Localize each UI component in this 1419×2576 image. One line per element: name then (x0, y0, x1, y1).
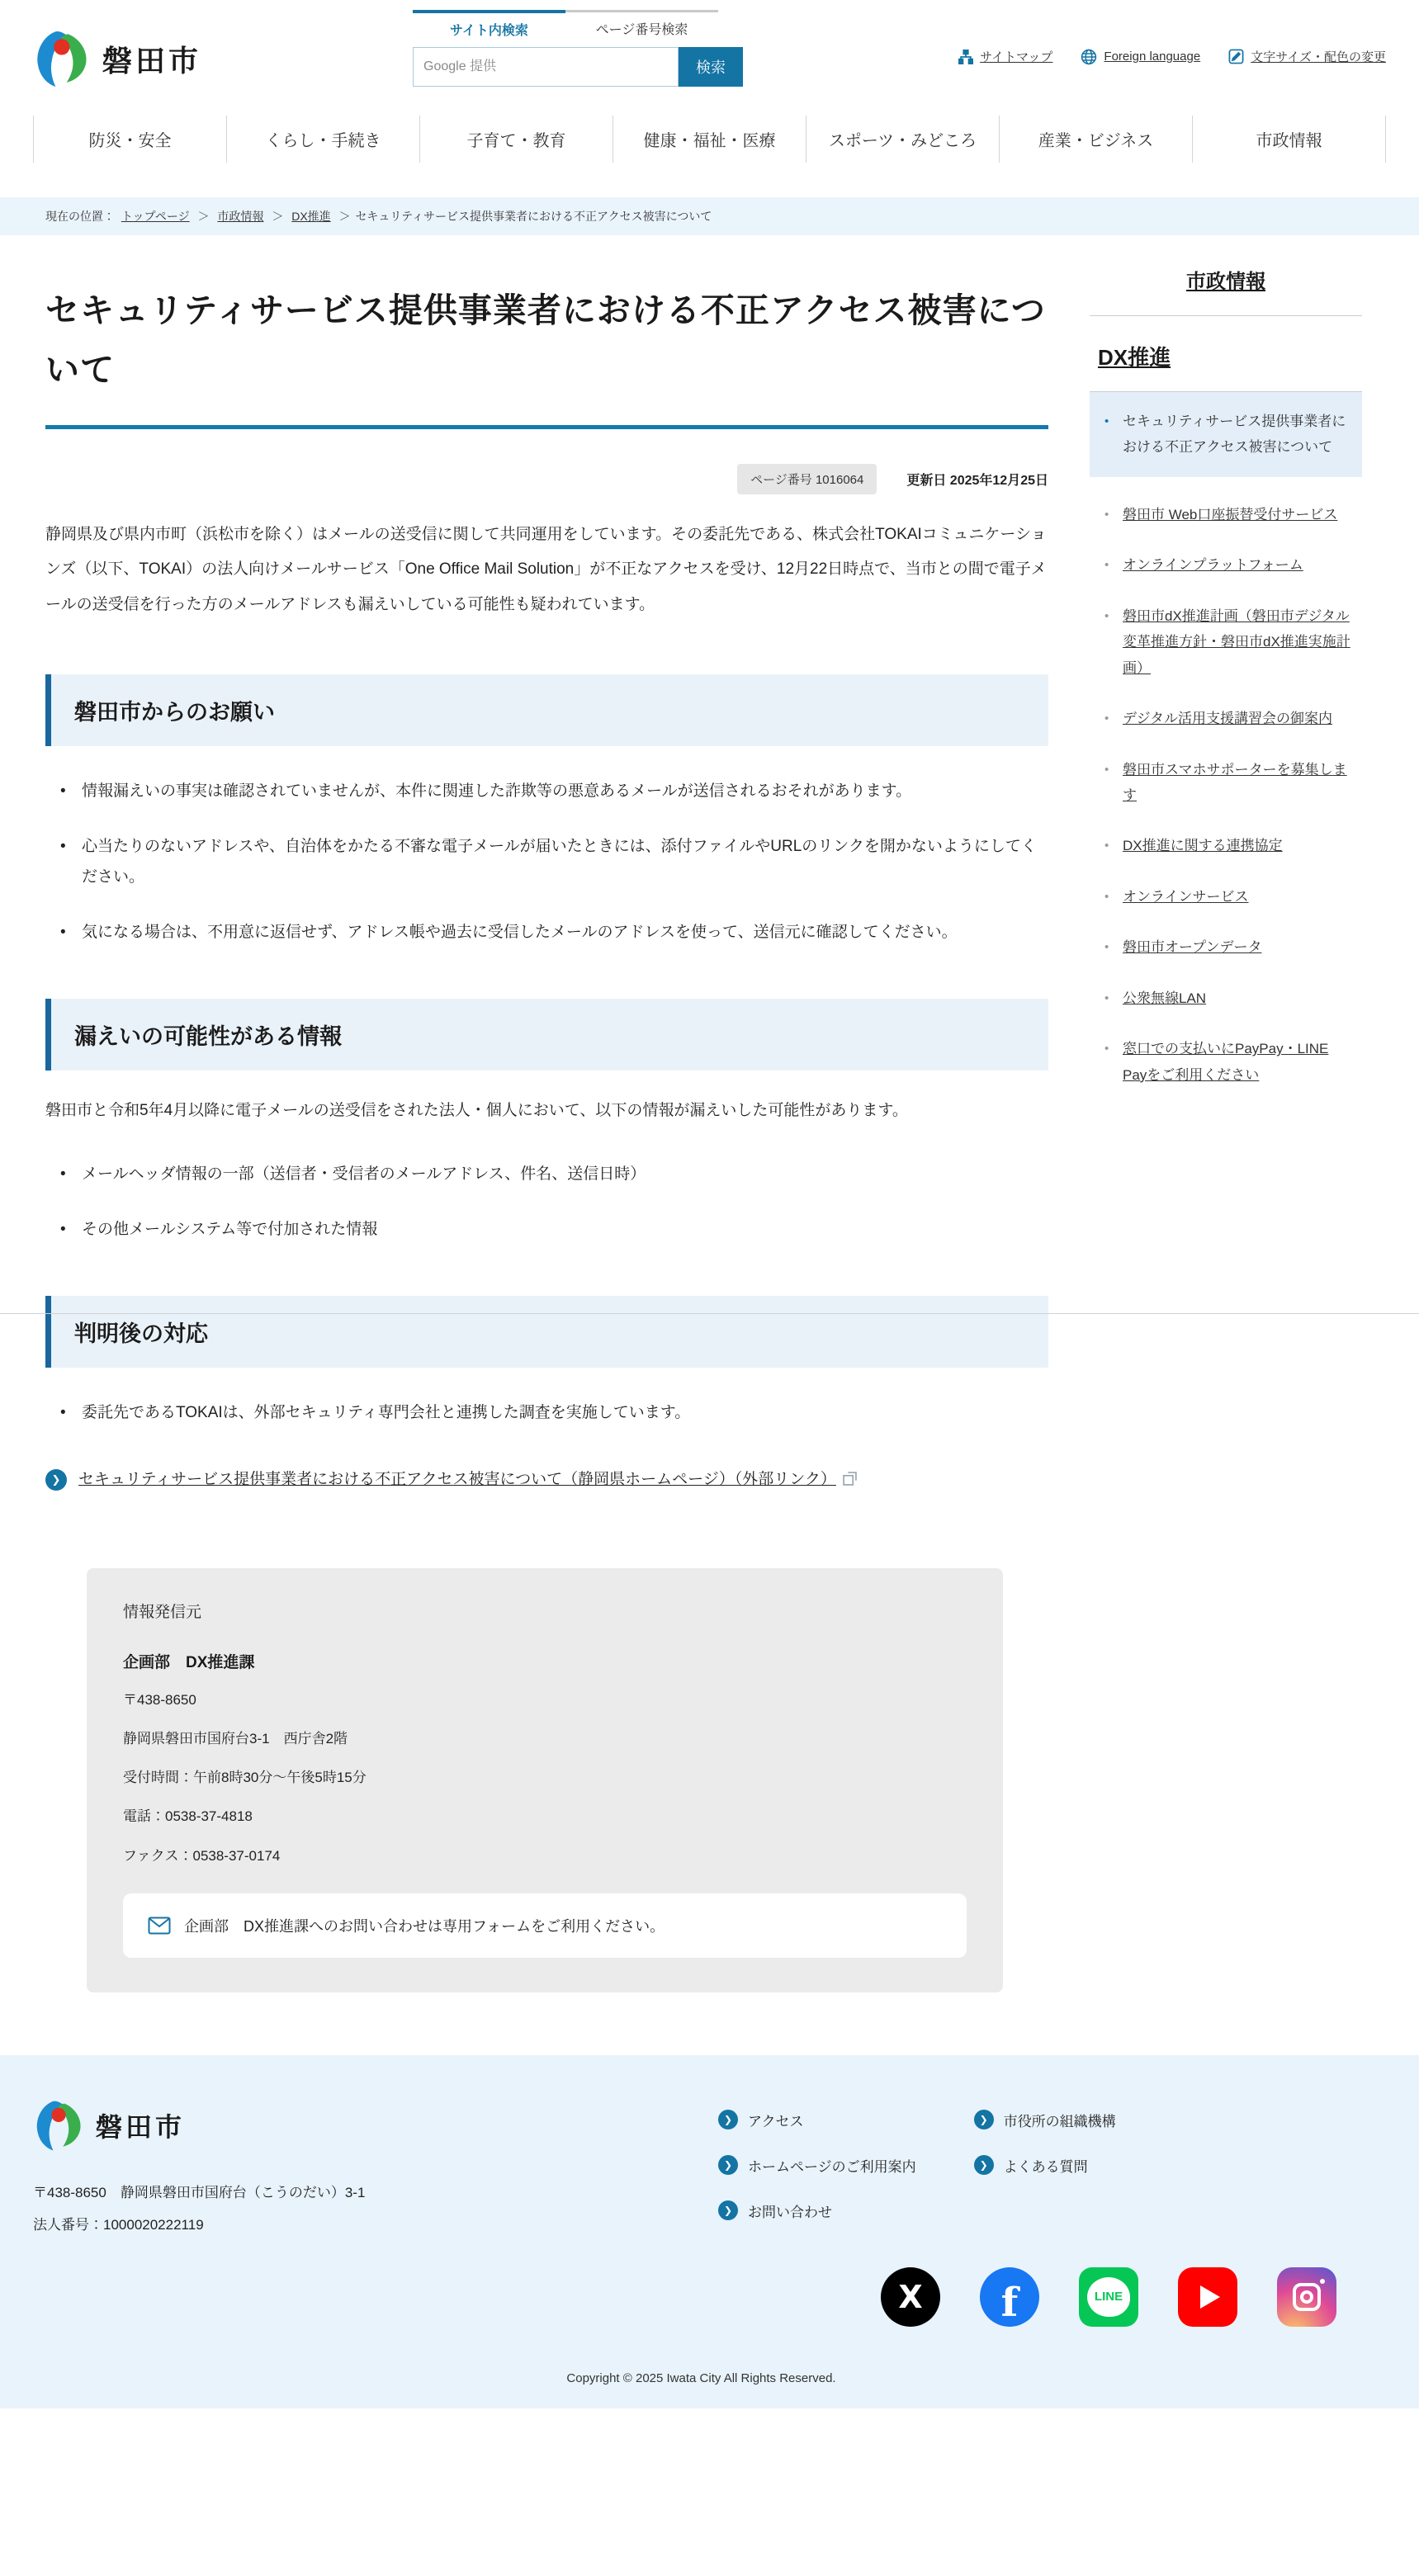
footer-link[interactable]: ❯お問い合わせ (718, 2200, 916, 2221)
foreign-language-link[interactable]: Foreign language (1081, 49, 1200, 65)
list-item: 委託先であるTOKAIは、外部セキュリティ専門会社と連携した調査を実施しています… (60, 1397, 1048, 1428)
site-header: 磐田市 サイト内検索 ページ番号検索 検索 サイトマップ Foreign lan… (0, 0, 1419, 116)
footer-link-label[interactable]: ホームページのご利用案内 (748, 2155, 916, 2176)
breadcrumb-level1-link[interactable]: 市政情報 (217, 210, 263, 223)
page-title: セキュリティサービス提供事業者における不正アクセス被害について (45, 281, 1048, 400)
section-heading-request: 磐田市からのお願い (45, 674, 1048, 746)
global-nav-item[interactable]: 防災・安全 (33, 116, 226, 163)
site-footer: 磐田市 〒438-8650 静岡県磐田市国府台（こうのだい）3-1 法人番号：1… (0, 2055, 1419, 2408)
title-divider (45, 425, 1048, 429)
global-nav-label: 市政情報 (1256, 132, 1322, 150)
breadcrumb: 現在の位置： トップページ ＞ 市政情報 ＞ DX推進 ＞ セキュリティサービス… (0, 197, 1419, 235)
section-heading-leak: 漏えいの可能性がある情報 (45, 999, 1048, 1071)
line-icon[interactable]: LINE (1079, 2267, 1138, 2327)
global-nav-label: スポーツ・みどころ (829, 132, 977, 150)
display-settings-link[interactable]: 文字サイズ・配色の変更 (1228, 48, 1386, 65)
sidebar-item-link[interactable]: DX推進に関する連携協定 (1123, 838, 1283, 853)
sidebar-item[interactable]: 磐田市dX推進計画（磐田市デジタル変革推進方針・磐田市dX推進実施計画） (1090, 603, 1362, 681)
list-item: その他メールシステム等で付加された情報 (60, 1214, 1048, 1245)
sidebar-item[interactable]: 磐田市スマホサポーターを募集します (1090, 757, 1362, 809)
sidebar-item[interactable]: 窓口での支払いにPayPay・LINE Payをご利用ください (1090, 1036, 1362, 1088)
breadcrumb-separator: ＞ (272, 210, 283, 223)
footer-link-label[interactable]: アクセス (748, 2110, 804, 2130)
display-settings-label: 文字サイズ・配色の変更 (1251, 48, 1386, 65)
global-nav-label: 防災・安全 (89, 132, 172, 150)
breadcrumb-separator: ＞ (339, 210, 351, 223)
global-nav-label: 産業・ビジネス (1038, 132, 1153, 150)
breadcrumb-home-link[interactable]: トップページ (121, 210, 190, 223)
arrow-circle-icon: ❯ (718, 2155, 738, 2175)
arrow-circle-icon: ❯ (718, 2200, 738, 2220)
footer-link[interactable]: ❯ホームページのご利用案内 (718, 2155, 916, 2176)
sitemap-label: サイトマップ (980, 48, 1052, 65)
sidebar-item-link[interactable]: 磐田市オープンデータ (1123, 939, 1261, 955)
info-source-box: 情報発信元 企画部 DX推進課 〒438-8650 静岡県磐田市国府台3-1 西… (87, 1568, 1003, 1992)
arrow-circle-icon: ❯ (45, 1469, 67, 1491)
site-title: 磐田市 (102, 38, 201, 80)
global-nav-item[interactable]: 健康・福祉・医療 (613, 116, 806, 163)
postal-code: 〒438-8650 (123, 1689, 967, 1711)
sidebar-item-link[interactable]: オンラインプラットフォーム (1123, 557, 1303, 573)
phone-number: 電話：0538-37-4818 (123, 1805, 967, 1827)
page-meta: ページ番号 1016064 更新日 2025年12月25日 (45, 464, 1048, 494)
footer-link-label[interactable]: 市役所の組織機構 (1004, 2110, 1116, 2130)
footer-links: ❯アクセス ❯ホームページのご利用案内 ❯お問い合わせ ❯市役所の組織機構 ❯よ… (718, 2098, 1116, 2246)
sidebar-item[interactable]: セキュリティサービス提供事業者における不正アクセス被害について (1090, 392, 1362, 477)
arrow-circle-icon: ❯ (718, 2110, 738, 2129)
footer-links-col2: ❯市役所の組織機構 ❯よくある質問 (974, 2110, 1116, 2246)
footer-link-label[interactable]: よくある質問 (1004, 2155, 1088, 2176)
sidebar-item-link[interactable]: 磐田市スマホサポーターを募集します (1123, 762, 1347, 803)
sidebar-item-link[interactable]: オンラインサービス (1123, 889, 1249, 905)
footer-link[interactable]: ❯市役所の組織機構 (974, 2110, 1116, 2130)
breadcrumb-current: セキュリティサービス提供事業者における不正アクセス被害について (355, 210, 712, 223)
footer-address: 〒438-8650 静岡県磐田市国府台（こうのだい）3-1 (33, 2182, 718, 2204)
sidebar-item[interactable]: 磐田市 Web口座振替受付サービス (1090, 502, 1362, 527)
instagram-dot (1320, 2279, 1325, 2284)
sitemap-icon (958, 50, 973, 64)
youtube-icon[interactable] (1178, 2267, 1237, 2327)
global-nav-item[interactable]: スポーツ・みどころ (806, 116, 999, 163)
external-link-row: ❯ セキュリティサービス提供事業者における不正アクセス被害について（静岡県ホーム… (45, 1464, 1048, 1496)
sidebar-subcategory-link[interactable]: DX推進 (1098, 341, 1171, 371)
globe-icon (1081, 49, 1097, 65)
copyright: Copyright © 2025 Iwata City All Rights R… (33, 2371, 1369, 2385)
office-address: 静岡県磐田市国府台3-1 西庁舎2階 (123, 1728, 967, 1750)
request-bullet-list: 情報漏えいの事実は確認されていませんが、本件に関連した詐欺等の悪意あるメールが送… (60, 776, 1048, 948)
site-logo[interactable]: 磐田市 (33, 28, 201, 89)
footer-link[interactable]: ❯よくある質問 (974, 2155, 1116, 2176)
footer-identity: 磐田市 〒438-8650 静岡県磐田市国府台（こうのだい）3-1 法人番号：1… (33, 2098, 718, 2246)
instagram-icon[interactable] (1277, 2267, 1336, 2327)
footer-site-title: 磐田市 (96, 2106, 185, 2144)
global-nav-label: くらし・手続き (266, 132, 381, 150)
facebook-icon[interactable]: f (980, 2267, 1039, 2327)
sidebar-item-link[interactable]: 磐田市dX推進計画（磐田市デジタル変革推進方針・磐田市dX推進実施計画） (1123, 608, 1350, 676)
sidebar-item[interactable]: デジタル活用支援講習会の御案内 (1090, 706, 1362, 731)
department-name: 企画部 DX推進課 (123, 1650, 967, 1672)
sidebar-item[interactable]: 公衆無線LAN (1090, 985, 1362, 1011)
office-hours: 受付時間：午前8時30分～午後5時15分 (123, 1766, 967, 1789)
iwata-city-logo-icon (33, 2098, 88, 2153)
line-bubble: LINE (1087, 2277, 1130, 2317)
sidebar-item[interactable]: DX推進に関する連携協定 (1090, 833, 1362, 858)
social-links: X f LINE (33, 2267, 1336, 2327)
tab-page-number-search[interactable]: ページ番号検索 (565, 10, 718, 44)
list-item: 心当たりのないアドレスや、自治体をかたる不審な電子メールが届いたときには、添付フ… (60, 831, 1048, 892)
search-tabs: サイト内検索 ページ番号検索 (413, 10, 743, 44)
info-source-heading: 情報発信元 (123, 1600, 967, 1622)
main-content: セキュリティサービス提供事業者における不正アクセス被害について ページ番号 10… (45, 235, 1048, 1992)
global-nav-list: 防災・安全 くらし・手続き 子育て・教育 健康・福祉・医療 スポーツ・みどころ … (0, 116, 1419, 163)
search-button[interactable]: 検索 (679, 47, 743, 87)
contact-form-link[interactable]: 企画部 DX推進課へのお問い合わせは専用フォームをご利用ください。 (123, 1893, 967, 1958)
youtube-play-icon (1200, 2285, 1220, 2309)
leak-paragraph: 磐田市と令和5年4月以降に電子メールの送受信をされた法人・個人において、以下の情… (45, 1094, 1048, 1129)
breadcrumb-label: 現在の位置： (45, 210, 115, 223)
sidebar-item-link[interactable]: セキュリティサービス提供事業者における不正アクセス被害について (1123, 414, 1346, 455)
global-nav-label: 子育て・教育 (467, 132, 566, 150)
sidebar-item[interactable]: オンラインプラットフォーム (1090, 552, 1362, 578)
updated-date: 更新日 2025年12月25日 (906, 470, 1048, 489)
sidebar-item-link[interactable]: デジタル活用支援講習会の御案内 (1123, 711, 1332, 726)
x-twitter-icon[interactable]: X (881, 2267, 940, 2327)
global-nav-item[interactable]: 子育て・教育 (419, 116, 613, 163)
sidebar-item-link[interactable]: 窓口での支払いにPayPay・LINE Payをご利用ください (1123, 1041, 1328, 1082)
page-number-badge: ページ番号 1016064 (737, 464, 877, 494)
global-nav-item[interactable]: 産業・ビジネス (999, 116, 1192, 163)
global-nav-item[interactable]: くらし・手続き (226, 116, 419, 163)
global-nav-label: 健康・福祉・医療 (644, 132, 776, 150)
global-nav-item[interactable]: 市政情報 (1192, 116, 1386, 163)
tab-site-search[interactable]: サイト内検索 (413, 10, 565, 44)
envelope-icon (148, 1917, 171, 1935)
prefecture-external-link[interactable]: セキュリティサービス提供事業者における不正アクセス被害について（静岡県ホームペー… (78, 1471, 836, 1488)
instagram-lens (1293, 2283, 1321, 2311)
intro-paragraph: 静岡県及び県内市町（浜松市を除く）はメールの送受信に関して共同運用をしています。… (45, 518, 1048, 623)
footer-link-label[interactable]: お問い合わせ (748, 2200, 832, 2221)
list-item: 情報漏えいの事実は確認されていませんが、本件に関連した詐欺等の悪意あるメールが送… (60, 776, 1048, 806)
divider-line (0, 1313, 1419, 1314)
fax-number: ファクス：0538-37-0174 (123, 1845, 967, 1867)
section-heading-response: 判明後の対応 (45, 1296, 1048, 1368)
response-bullet-list: 委託先であるTOKAIは、外部セキュリティ専門会社と連携した調査を実施しています… (60, 1397, 1048, 1428)
sidebar: 市政情報 DX推進 セキュリティサービス提供事業者における不正アクセス被害につい… (1090, 235, 1362, 1113)
breadcrumb-level2-link[interactable]: DX推進 (291, 210, 330, 223)
sidebar-divider (1090, 315, 1362, 316)
contact-form-label: 企画部 DX推進課へのお問い合わせは専用フォームをご利用ください。 (184, 1915, 665, 1936)
sidebar-item[interactable]: オンラインサービス (1090, 884, 1362, 910)
list-item: メールヘッダ情報の一部（送信者・受信者のメールアドレス、件名、送信日時） (60, 1159, 1048, 1189)
iwata-city-logo-icon (33, 28, 94, 89)
footer-logo[interactable]: 磐田市 (33, 2098, 718, 2153)
section-heading-response-label: 判明後の対応 (74, 1321, 208, 1346)
arrow-circle-icon: ❯ (974, 2155, 994, 2175)
sidebar-category-link[interactable]: 市政情報 (1090, 265, 1362, 294)
breadcrumb-separator: ＞ (198, 210, 210, 223)
leak-bullet-list: メールヘッダ情報の一部（送信者・受信者のメールアドレス、件名、送信日時） その他… (60, 1159, 1048, 1245)
search-box: サイト内検索 ページ番号検索 検索 (413, 10, 743, 87)
arrow-circle-icon: ❯ (974, 2110, 994, 2129)
sidebar-item-link[interactable]: 磐田市 Web口座振替受付サービス (1123, 507, 1337, 522)
text-size-color-icon (1228, 49, 1244, 64)
external-link-icon (843, 1472, 857, 1490)
foreign-language-label: Foreign language (1104, 50, 1200, 64)
sidebar-item[interactable]: 磐田市オープンデータ (1090, 934, 1362, 960)
search-input[interactable] (413, 47, 679, 87)
list-item: 気になる場合は、不用意に返信せず、アドレス帳や過去に受信したメールのアドレスを使… (60, 917, 1048, 948)
sidebar-item-link[interactable]: 公衆無線LAN (1123, 990, 1206, 1006)
sidebar-item-list: セキュリティサービス提供事業者における不正アクセス被害について 磐田市 Web口… (1090, 392, 1362, 1088)
global-nav: 防災・安全 くらし・手続き 子育て・教育 健康・福祉・医療 スポーツ・みどころ … (0, 116, 1419, 163)
sitemap-link[interactable]: サイトマップ (958, 48, 1052, 65)
footer-link[interactable]: ❯アクセス (718, 2110, 916, 2130)
footer-corporate-number: 法人番号：1000020222119 (33, 2213, 718, 2233)
utility-links: サイトマップ Foreign language 文字サイズ・配色の変更 (958, 48, 1386, 65)
footer-links-col1: ❯アクセス ❯ホームページのご利用案内 ❯お問い合わせ (718, 2110, 916, 2246)
